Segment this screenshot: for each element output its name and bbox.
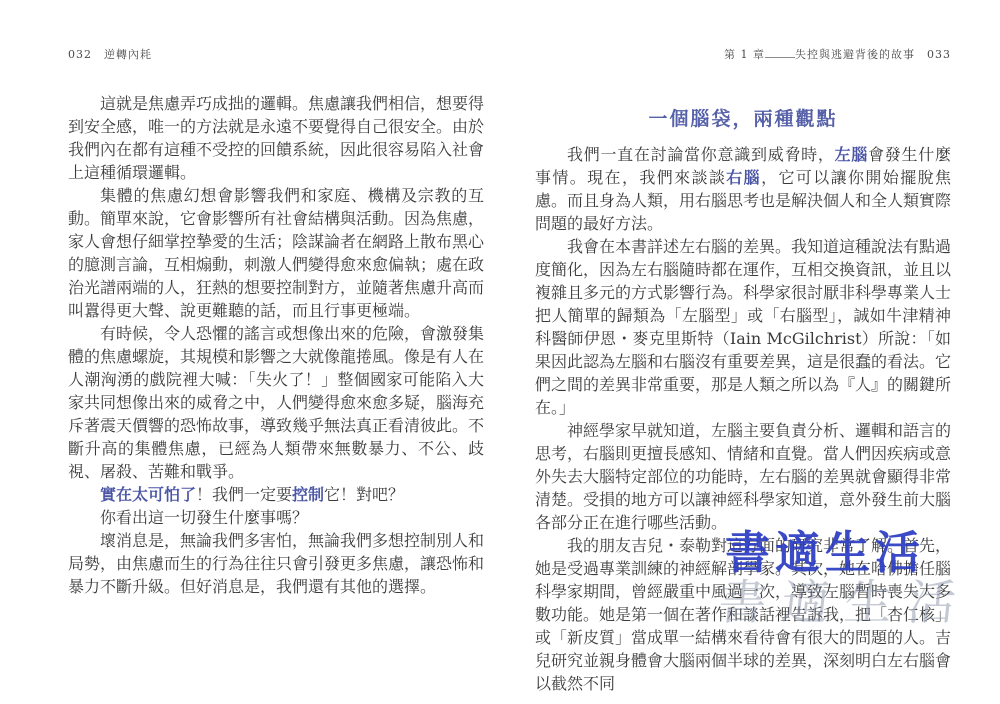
paragraph: 你看出這一切發生什麼事嗎？ (68, 506, 484, 529)
paragraph: 我會在本書詳述左右腦的差異。我知道這種說法有點過度簡化，因為左右腦隨時都在運作，… (535, 235, 951, 419)
left-running-head: 032逆轉內耗 (68, 46, 484, 60)
page-left: 032逆轉內耗 這就是焦慮弄巧成拙的邏輯。焦慮讓我們相信，想要得到安全感，唯一的… (68, 46, 484, 598)
book-spread: 032逆轉內耗 這就是焦慮弄巧成拙的邏輯。焦慮讓我們相信，想要得到安全感，唯一的… (0, 0, 1000, 704)
body-text: 我們一直在討論當你意識到威脅時， (567, 145, 835, 164)
body-text: 這就是焦慮弄巧成拙的邏輯。焦慮讓我們相信，想要得到安全感，唯一的方法就是永遠不要… (68, 94, 484, 182)
right-page-number: 033 (927, 48, 951, 61)
running-head-rule (765, 47, 795, 58)
left-page-number: 032 (68, 48, 92, 61)
body-text: ！我們一定要 (196, 485, 292, 504)
paragraph: 我的朋友吉兒・泰勒對這方面的研究非常了解。首先，她是受過專業訓練的神經解剖學家。… (535, 534, 951, 695)
paragraph: 我們一直在討論當你意識到威脅時，左腦會發生什麼事情。現在，我們來談談右腦，它可以… (535, 143, 951, 235)
chapter-title: 失控與逃避背後的故事 (795, 48, 915, 61)
right-running-head: 第 1 章失控與逃避背後的故事033 (535, 46, 951, 60)
body-text: 壞消息是，無論我們多害怕，無論我們多想控制別人和局勢，由焦慮而生的行為往往只會引… (68, 531, 484, 596)
highlighted-text: 控制 (292, 485, 324, 504)
paragraph: 集體的焦慮幻想會影響我們和家庭、機構及宗教的互動。簡單來說，它會影響所有社會結構… (68, 184, 484, 322)
body-text: 神經學家早就知道，左腦主要負責分析、邏輯和語言的思考，右腦則更擅長感知、情緒和直… (535, 421, 951, 532)
highlighted-text: 實在太可怕了 (100, 485, 196, 504)
right-page-content: 我們一直在討論當你意識到威脅時，左腦會發生什麼事情。現在，我們來談談右腦，它可以… (535, 143, 951, 695)
body-text: 它！對吧？ (324, 485, 404, 504)
paragraph: 實在太可怕了！我們一定要控制它！對吧？ (68, 483, 484, 506)
body-text: 我的朋友吉兒・泰勒對這方面的研究非常了解。首先，她是受過專業訓練的神經解剖學家。… (535, 536, 951, 693)
highlighted-text: 左腦 (835, 145, 868, 164)
left-running-title: 逆轉內耗 (104, 48, 152, 61)
paragraph: 壞消息是，無論我們多害怕，無論我們多想控制別人和局勢，由焦慮而生的行為往往只會引… (68, 529, 484, 598)
paragraph: 有時候，令人恐懼的謠言或想像出來的危險，會激發集體的焦慮螺旋，其規模和影響之大就… (68, 322, 484, 483)
body-text: 我會在本書詳述左右腦的差異。我知道這種說法有點過度簡化，因為左右腦隨時都在運作，… (535, 237, 951, 417)
body-text: 你看出這一切發生什麼事嗎？ (100, 508, 308, 527)
chapter-label: 第 1 章 (724, 48, 765, 61)
section-title: 一個腦袋，兩種觀點 (535, 104, 951, 131)
left-page-content: 這就是焦慮弄巧成拙的邏輯。焦慮讓我們相信，想要得到安全感，唯一的方法就是永遠不要… (68, 92, 484, 598)
page-right: 第 1 章失控與逃避背後的故事033 一個腦袋，兩種觀點 我們一直在討論當你意識… (535, 46, 951, 695)
body-text: 有時候，令人恐懼的謠言或想像出來的危險，會激發集體的焦慮螺旋，其規模和影響之大就… (68, 324, 484, 481)
body-text: 集體的焦慮幻想會影響我們和家庭、機構及宗教的互動。簡單來說，它會影響所有社會結構… (68, 186, 484, 320)
paragraph: 神經學家早就知道，左腦主要負責分析、邏輯和語言的思考，右腦則更擅長感知、情緒和直… (535, 419, 951, 534)
paragraph: 這就是焦慮弄巧成拙的邏輯。焦慮讓我們相信，想要得到安全感，唯一的方法就是永遠不要… (68, 92, 484, 184)
highlighted-text: 右腦 (726, 168, 761, 187)
